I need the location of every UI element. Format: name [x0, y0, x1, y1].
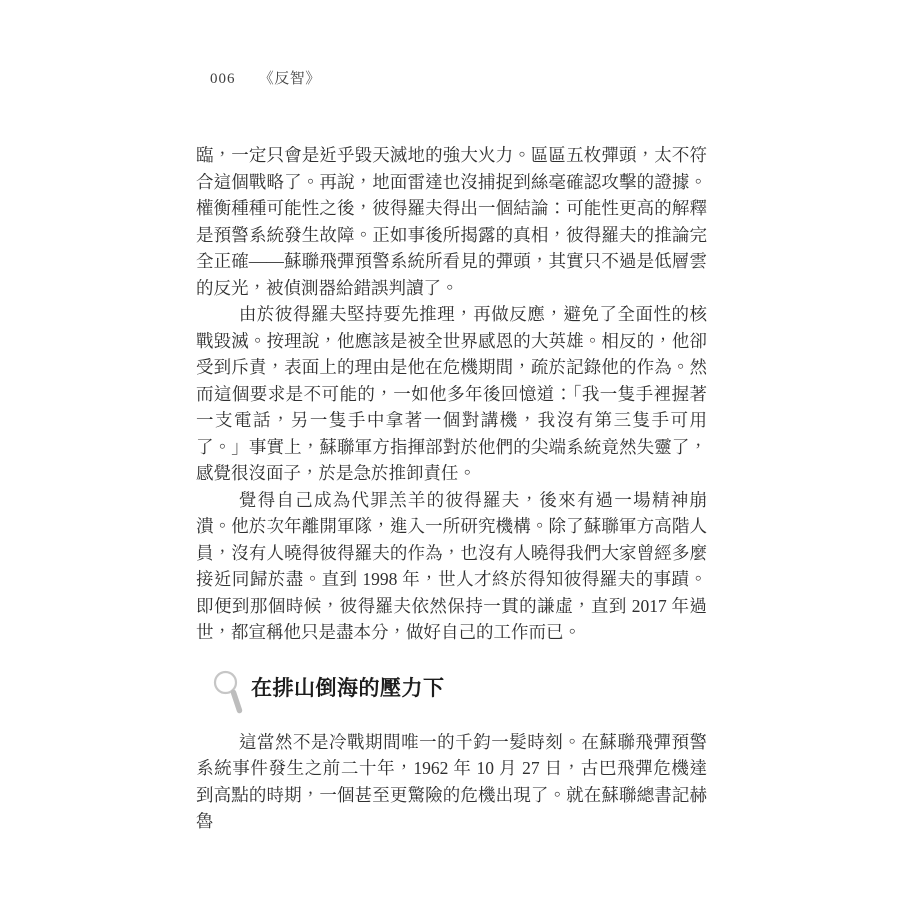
paragraph-1: 臨，一定只會是近乎毀天滅地的強大火力。區區五枚彈頭，太不符合這個戰略了。再說，地… [196, 142, 707, 301]
magnifier-handle [234, 692, 240, 710]
paragraph-2: 由於彼得羅夫堅持要先推理，再做反應，避免了全面性的核戰毀滅。按理說，他應該是被全… [196, 301, 707, 487]
section-heading: 在排山倒海的壓力下 [251, 675, 445, 701]
section-heading-row: 在排山倒海的壓力下 [196, 669, 707, 721]
page-number: 006 [210, 71, 236, 88]
book-page: 006 《反智》 臨，一定只會是近乎毀天滅地的強大火力。區區五枚彈頭，太不符合這… [0, 0, 900, 900]
paragraph-3: 覺得自己成為代罪羔羊的彼得羅夫，後來有過一場精神崩潰。他於次年離開軍隊，進入一所… [196, 487, 707, 646]
running-header: 006 《反智》 [210, 67, 321, 88]
magnifier-icon [212, 670, 246, 720]
body-text: 臨，一定只會是近乎毀天滅地的強大火力。區區五枚彈頭，太不符合這個戰略了。再說，地… [196, 142, 707, 835]
paragraph-4: 這當然不是冷戰期間唯一的千鈞一髮時刻。在蘇聯飛彈預警系統事件發生之前二十年，19… [196, 729, 707, 835]
book-title: 《反智》 [259, 71, 321, 87]
